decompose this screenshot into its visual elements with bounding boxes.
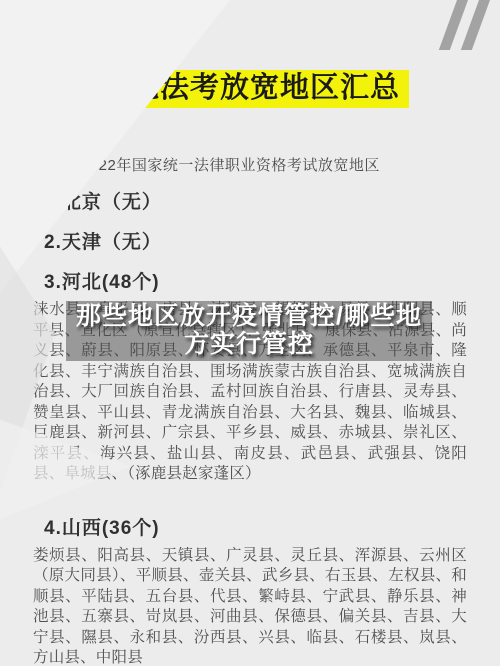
section-heading-shanxi: 4.山西(36个) <box>44 513 467 540</box>
page-title: 各地法考放宽地区汇总 <box>91 70 409 108</box>
watermark-overlay-text: 那些地区放开疫情管控/哪些地方实行管控 <box>66 301 432 361</box>
content-area: 参考2022年国家统一法律职业资格考试放宽地区 1.北京（无） 2.天津（无） … <box>0 154 500 666</box>
section-heading-beijing: 1.北京（无） <box>44 187 467 214</box>
subtitle: 参考2022年国家统一法律职业资格考试放宽地区 <box>50 154 467 175</box>
section-heading-tianjin: 2.天津（无） <box>44 227 467 254</box>
title-row: 各地法考放宽地区汇总 <box>0 70 500 108</box>
double-slash-icon <box>432 0 492 50</box>
poster-card: 各地法考放宽地区汇总 参考2022年国家统一法律职业资格考试放宽地区 1.北京（… <box>0 0 500 666</box>
section-heading-hebei: 3.河北(48个) <box>44 267 467 294</box>
slash-stripe <box>461 0 492 50</box>
section-body-shanxi: 娄烦县、阳高县、天镇县、广灵县、灵丘县、浑源县、云州区（原大同县）、平顺县、壶关… <box>33 546 467 666</box>
